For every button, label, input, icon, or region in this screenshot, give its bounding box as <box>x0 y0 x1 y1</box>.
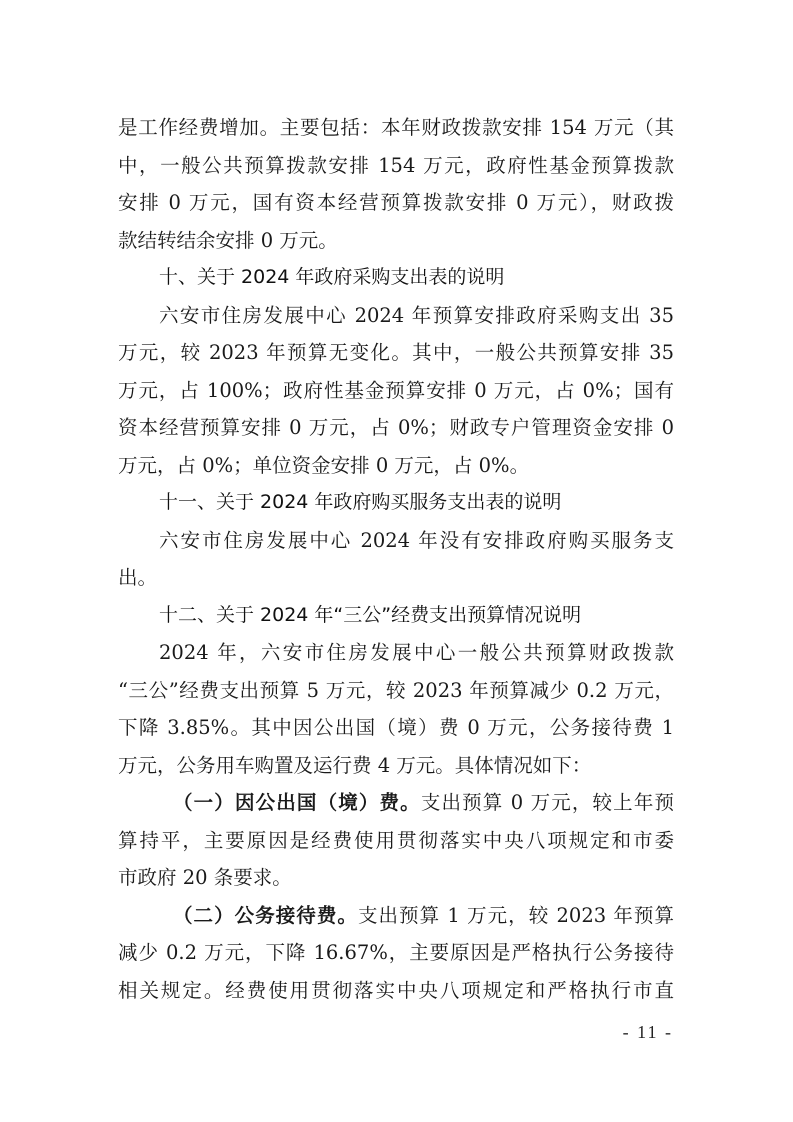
subsection-line-2: （二）公务接待费。支出预算 1 万元，较 2023 年预算 <box>118 897 674 935</box>
body-line: 安排 0 万元，国有资本经营预算拨款安排 0 万元），财政拨 <box>118 184 674 222</box>
body-line: 万元，公务用车购置及运行费 4 万元。具体情况如下： <box>118 747 674 785</box>
body-line: 下降 3.85%。其中因公出国（境）费 0 万元，公务接待费 1 <box>118 709 674 747</box>
body-line: 减少 0.2 万元，下降 16.67%，主要原因是严格执行公务接待 <box>118 934 674 972</box>
body-line: 款结转结余安排 0 万元。 <box>118 222 674 260</box>
body-line: 中，一般公共预算拨款安排 154 万元，政府性基金预算拨款 <box>118 147 674 185</box>
subsection-text-2: 支出预算 1 万元，较 2023 年预算 <box>358 904 674 927</box>
page-number: - 11 - <box>623 1020 673 1044</box>
section-heading-12: 十二、关于 2024 年“三公”经费支出预算情况说明 <box>118 597 674 635</box>
body-line: 市政府 20 条要求。 <box>118 859 674 897</box>
body-line: 是工作经费增加。主要包括：本年财政拨款安排 154 万元（其 <box>118 109 674 147</box>
section-heading-11: 十一、关于 2024 年政府购买服务支出表的说明 <box>118 484 674 522</box>
body-line: 万元，占 100%；政府性基金预算安排 0 万元，占 0%；国有 <box>118 372 674 410</box>
document-page: 是工作经费增加。主要包括：本年财政拨款安排 154 万元（其 中，一般公共预算拨… <box>0 0 793 1122</box>
body-line: 六安市住房发展中心 2024 年没有安排政府购买服务支 <box>118 522 674 560</box>
body-line: 六安市住房发展中心 2024 年预算安排政府采购支出 35 <box>118 297 674 335</box>
page-content: 是工作经费增加。主要包括：本年财政拨款安排 154 万元（其 中，一般公共预算拨… <box>118 109 674 1009</box>
body-line: 相关规定。经费使用贯彻落实中央八项规定和严格执行市直 <box>118 972 674 1010</box>
body-line: 算持平，主要原因是经费使用贯彻落实中央八项规定和市委 <box>118 822 674 860</box>
body-line: 万元，占 0%；单位资金安排 0 万元，占 0%。 <box>118 447 674 485</box>
subsection-label-2: （二）公务接待费。 <box>173 904 358 927</box>
body-line: 2024 年，六安市住房发展中心一般公共预算财政拨款 <box>118 634 674 672</box>
subsection-line-1: （一）因公出国（境）费。支出预算 0 万元，较上年预 <box>118 784 674 822</box>
body-line: 万元，较 2023 年预算无变化。其中，一般公共预算安排 35 <box>118 334 674 372</box>
section-heading-10: 十、关于 2024 年政府采购支出表的说明 <box>118 259 674 297</box>
subsection-text-1: 支出预算 0 万元，较上年预 <box>421 791 674 814</box>
body-line: 资本经营预算安排 0 万元，占 0%；财政专户管理资金安排 0 <box>118 409 674 447</box>
body-line: “三公”经费支出预算 5 万元，较 2023 年预算减少 0.2 万元， <box>118 672 674 710</box>
subsection-label-1: （一）因公出国（境）费。 <box>173 791 421 814</box>
body-line: 出。 <box>118 559 674 597</box>
